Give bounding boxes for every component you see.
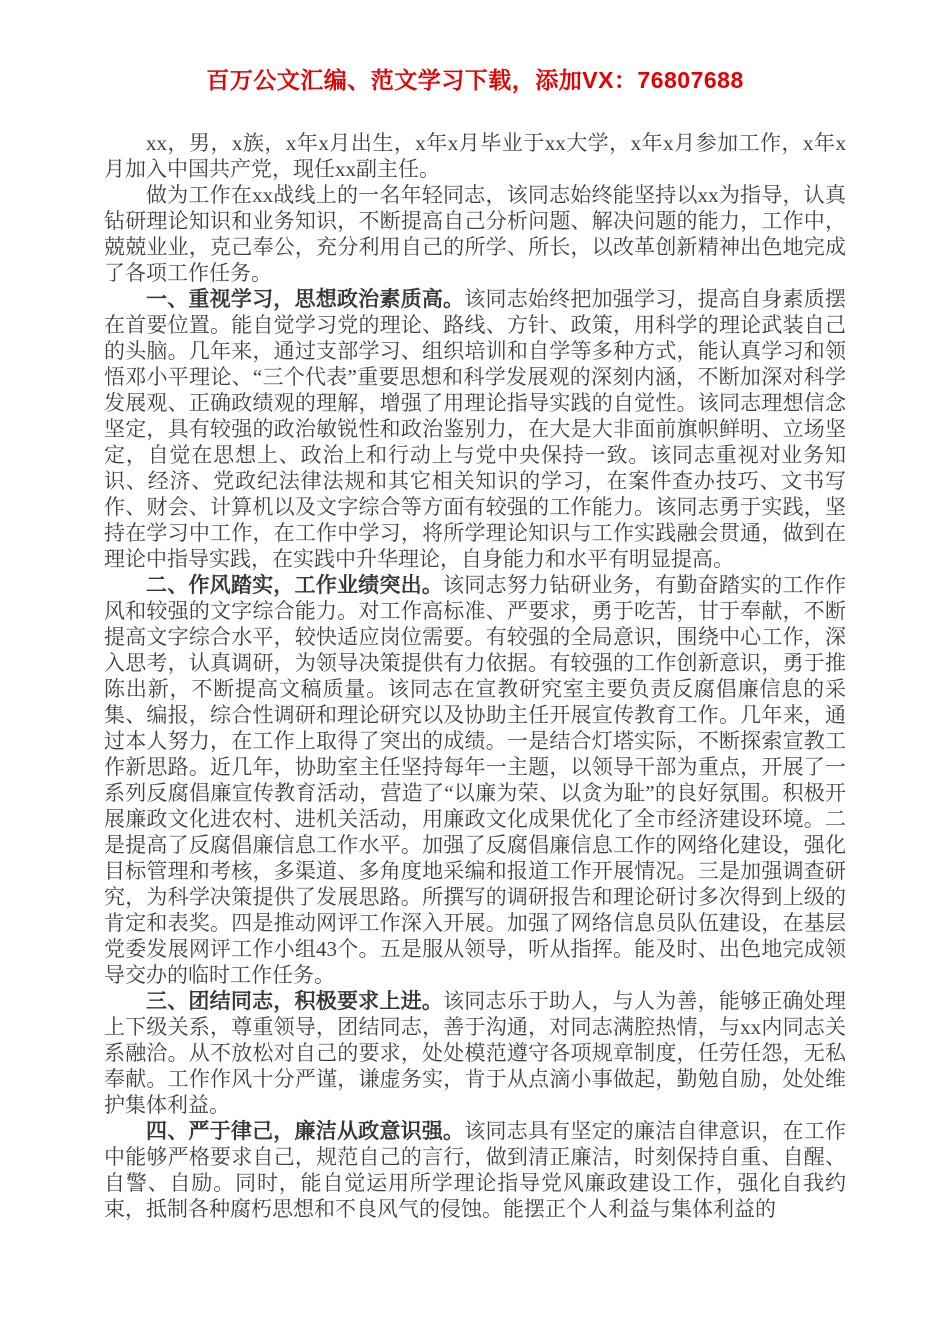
paragraph-text: 该同志始终把加强学习，提高自身素质摆在首要位置。能自觉学习党的理论、路线、方针、… [104, 287, 846, 571]
paragraph-text: 做为工作在xx战线上的一名年轻同志，该同志始终能坚持以xx为指导，认真钻研理论知… [104, 183, 846, 285]
section-heading: 三、团结同志，积极要求上进。 [146, 989, 443, 1013]
paragraph-section-3-unity: 三、团结同志，积极要求上进。该同志乐于助人，与人为善，能够正确处理上下级关系，尊… [104, 988, 846, 1118]
section-heading: 一、重视学习，思想政治素质高。 [146, 287, 464, 311]
section-heading: 二、作风踏实，工作业绩突出。 [146, 573, 443, 597]
paragraph-section-2-work-style: 二、作风踏实，工作业绩突出。该同志努力钻研业务，有勤奋踏实的工作作风和较强的文字… [104, 572, 846, 988]
paragraph-text: 该同志努力钻研业务，有勤奋踏实的工作作风和较强的文字综合能力。对工作高标准、严要… [104, 573, 846, 987]
promo-header: 百万公文汇编、范文学习下载，添加VX：76807688 [104, 66, 846, 94]
promo-header-text: 百万公文汇编、范文学习下载，添加VX：76807688 [206, 67, 744, 93]
paragraph-basic-info: xx，男，x族，x年x月出生，x年x月毕业于xx大学，x年x月参加工作，x年x月… [104, 130, 846, 182]
paragraph-section-4-integrity: 四、严于律己，廉洁从政意识强。该同志具有坚定的廉洁自律意识，在工作中能够严格要求… [104, 1118, 846, 1222]
paragraph-text: xx，男，x族，x年x月出生，x年x月毕业于xx大学，x年x月参加工作，x年x月… [104, 131, 846, 181]
paragraph-section-1-study: 一、重视学习，思想政治素质高。该同志始终把加强学习，提高自身素质摆在首要位置。能… [104, 286, 846, 572]
paragraph-overview: 做为工作在xx战线上的一名年轻同志，该同志始终能坚持以xx为指导，认真钻研理论知… [104, 182, 846, 286]
document-page: 百万公文汇编、范文学习下载，添加VX：76807688 xx，男，x族，x年x月… [0, 0, 950, 1344]
section-heading: 四、严于律己，廉洁从政意识强。 [146, 1119, 464, 1143]
document-body: xx，男，x族，x年x月出生，x年x月毕业于xx大学，x年x月参加工作，x年x月… [104, 130, 846, 1222]
